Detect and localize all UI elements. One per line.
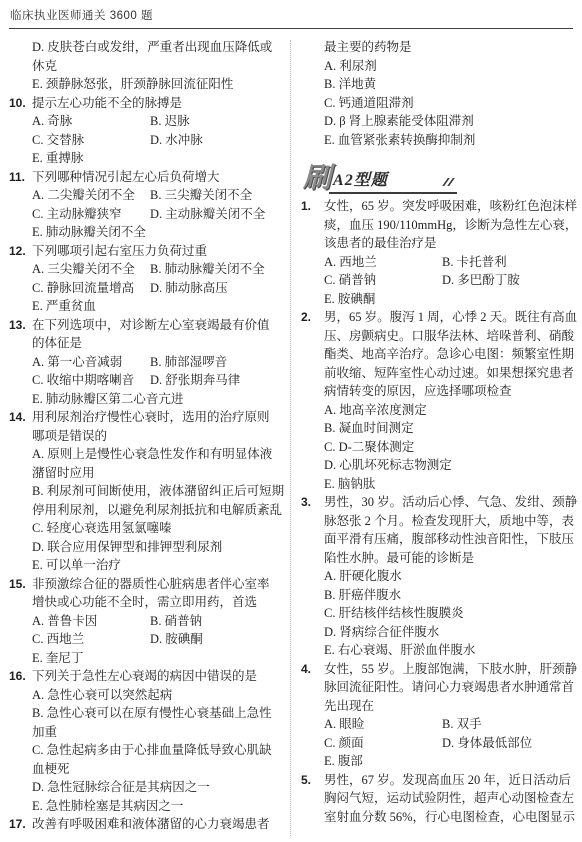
line-text: A. 地高辛浓度测定 — [324, 403, 427, 417]
text-line: D. 心肌坏死标志物测定 — [301, 456, 573, 475]
text-line: 加重 — [9, 723, 281, 742]
line-text: 胸闷气短，运动试验阴性，超声心动图检查左 — [324, 791, 574, 805]
text-line: E. 严重贫血 — [9, 297, 281, 316]
header-rule — [9, 28, 573, 29]
text-line: C. 肝结核伴结核性腹膜炎 — [301, 604, 573, 623]
question-number: 11. — [9, 168, 32, 187]
line-text: E. 胺碘酮 — [324, 292, 375, 306]
text-line: D. 皮肤苍白或发绀，严重者出现血压降低或 — [9, 38, 281, 57]
line-text: 下列关于急性左心衰竭的病因中错误的是 — [32, 669, 257, 683]
option-pair-line: A. 三尖瓣关闭不全B. 肺动脉瓣关闭不全 — [9, 260, 281, 279]
text-line: B. 急性心衰可以在原有慢性心衰基础上急性 — [9, 704, 281, 723]
line-text: E. 右心衰竭、肝淤血伴腹水 — [324, 643, 475, 657]
text-line: C. D-二聚体测定 — [301, 438, 573, 457]
text-line: C. 急性起病多由于心排血量降低导致心肌缺 — [9, 741, 281, 760]
option-pair-line: A. 第一心音减弱B. 肺部湿啰音 — [9, 353, 281, 372]
line-text: C. D-二聚体测定 — [324, 440, 414, 454]
line-text: E. 严重贫血 — [32, 299, 96, 313]
line-text: C. 轻度心衰选用氢氯噻嗪 — [32, 521, 172, 535]
line-text: 非预激综合征的器质性心脏病患者伴心室率 — [32, 577, 270, 591]
text-line: E. 急性肺栓塞是其病因之一 — [9, 797, 281, 816]
line-text: 停用利尿剂，以避免利尿剂抵抗和电解质紊乱 — [32, 503, 282, 517]
option-b: D. 水冲脉 — [150, 133, 203, 147]
option-b: B. 卡托普利 — [442, 255, 507, 269]
line-text: B. 洋地黄 — [324, 77, 376, 91]
question-number: 17. — [9, 815, 32, 834]
question-line: 5.男性，67 岁。发现高血压 20 年，近日活动后 — [301, 771, 573, 790]
text-line: E. 颈静脉怒张，肝颈静脉回流征阳性 — [9, 75, 281, 94]
text-line: 酯类、地高辛治疗。急诊心电图：频繁室性期 — [301, 345, 573, 364]
badge-tick-marks — [442, 173, 452, 191]
page-header-title: 临床执业医师通关 3600 题 — [10, 7, 153, 23]
text-line: E. 脑钠肽 — [301, 475, 573, 494]
text-line: B. 洋地黄 — [301, 75, 573, 94]
line-text: 女性，65 岁。突发呼吸困难，咳粉红色泡沫样 — [324, 199, 577, 213]
line-text: 男，65 岁。腹泻 1 周，心悸 2 天。既往有高血 — [324, 310, 577, 324]
option-pair-line: A. 眼睑B. 双手 — [301, 715, 573, 734]
text-line: E. 肺动脉瓣区第二心音亢进 — [9, 390, 281, 409]
line-text: D. 皮肤苍白或发绀，严重者出现血压降低或 — [32, 40, 272, 54]
option-pair-line: A. 奇脉B. 迟脉 — [9, 112, 281, 131]
text-line: 前收缩、短阵室性心动过速。如果想探究患者 — [301, 364, 573, 383]
text-line: A. 原则上是慢性心衰急性发作和有明显体液 — [9, 445, 281, 464]
text-line: D. 联合应用保钾型和排钾型利尿剂 — [9, 538, 281, 557]
text-line: 该患者的最佳治疗是 — [301, 234, 573, 253]
line-text: 病情转变的原因，应选择哪项检查 — [324, 384, 512, 398]
option-pair-line: C. 主动脉瓣狭窄D. 主动脉瓣关闭不全 — [9, 205, 281, 224]
line-text: 潴留时应用 — [32, 466, 95, 480]
question-number: 5. — [301, 771, 324, 790]
text-line: 痰，血压 190/110mmHg，诊断为急性左心衰， — [301, 216, 573, 235]
option-pair-line: A. 西地兰B. 卡托普利 — [301, 253, 573, 272]
line-text: A. 肝硬化腹水 — [324, 569, 402, 583]
line-text: E. 肺动脉瓣关闭不全 — [32, 225, 146, 239]
text-line: 脉回流征阳性。请问心力衰竭患者水肿通常首 — [301, 678, 573, 697]
text-line: 哪项是错误的 — [9, 427, 281, 446]
line-text: E. 奎尼丁 — [32, 651, 83, 665]
line-text: 改善有呼吸困难和液体潴留的心力衰竭患者 — [32, 817, 270, 831]
option-a: A. 普鲁卡因 — [32, 612, 150, 631]
option-a: C. 交替脉 — [32, 131, 150, 150]
exam-page: 临床执业医师通关 3600 题 刷 A2型题 D. 皮肤苍白或发绀，严重者出现血… — [0, 0, 582, 842]
line-text: 休克 — [32, 59, 57, 73]
text-line: 病情转变的原因，应选择哪项检查 — [301, 382, 573, 401]
line-text: 血梗死 — [32, 762, 70, 776]
text-line: 压、房颤病史。口服华法林、培哚普利、硝酸 — [301, 327, 573, 346]
question-number: 1. — [301, 197, 324, 216]
line-text: D. 心肌坏死标志物测定 — [324, 458, 452, 472]
question-line: 15.非预激综合征的器质性心脏病患者伴心室率 — [9, 575, 281, 594]
option-a: C. 颜面 — [324, 734, 442, 753]
text-line: E. 肺动脉瓣关闭不全 — [9, 223, 281, 242]
line-text: E. 血管紧张素转换酶抑制剂 — [324, 133, 475, 147]
question-number: 3. — [301, 493, 324, 512]
line-text: B. 肝癌伴腹水 — [324, 588, 401, 602]
line-text: 男性，30 岁。活动后心悸、气急、发绀、颈静 — [324, 495, 577, 509]
option-b: D. 主动脉瓣关闭不全 — [150, 207, 265, 221]
line-text: 下列哪种情况引起左心后负荷增大 — [32, 170, 220, 184]
option-a: C. 主动脉瓣狭窄 — [32, 205, 150, 224]
text-line: C. 钙通道阻滞剂 — [301, 94, 573, 113]
line-text: 用利尿剂治疗慢性心衰时，选用的治疗原则 — [32, 410, 270, 424]
text-line: 潴留时应用 — [9, 464, 281, 483]
line-text: 室射血分数 56%，行心电图检查，心电图显示 — [324, 810, 575, 824]
text-line: E. 可以单一治疗 — [9, 556, 281, 575]
section-badge-underline: A2型题 — [329, 167, 457, 194]
line-text: 最主要的药物是 — [324, 40, 412, 54]
option-a: C. 静脉回流量增高 — [32, 279, 150, 298]
text-line: E. 胺碘酮 — [301, 290, 573, 309]
text-line: 休克 — [9, 57, 281, 76]
line-text: 哪项是错误的 — [32, 429, 107, 443]
line-text: E. 急性肺栓塞是其病因之一 — [32, 799, 183, 813]
option-b: B. 硝普钠 — [150, 614, 202, 628]
option-b: D. 身体最低部位 — [442, 736, 532, 750]
text-line: C. 轻度心衰选用氢氯噻嗪 — [9, 519, 281, 538]
section-badge-label: A2型题 — [333, 172, 388, 189]
line-text: 面平滑有压痛，腹部移动性浊音阳性，下肢压 — [324, 532, 574, 546]
option-a: A. 眼睑 — [324, 715, 442, 734]
question-line: 17.改善有呼吸困难和液体潴留的心力衰竭患者 — [9, 815, 281, 834]
option-b: D. 多巴酚丁胺 — [442, 273, 520, 287]
line-text: D. 肾病综合征伴腹水 — [324, 625, 439, 639]
line-text: C. 急性起病多由于心排血量降低导致心肌缺 — [32, 743, 272, 757]
text-line: A. 利尿剂 — [301, 57, 573, 76]
text-line: 先出现在 — [301, 697, 573, 716]
line-text: B. 利尿剂可间断使用，液体潴留纠正后可短期 — [32, 484, 284, 498]
text-line: B. 利尿剂可间断使用，液体潴留纠正后可短期 — [9, 482, 281, 501]
text-line: 增快或心功能不全时，需立即用药，首选 — [9, 593, 281, 612]
option-b: B. 肺动脉瓣关闭不全 — [150, 262, 265, 276]
question-line: 2.男，65 岁。腹泻 1 周，心悸 2 天。既往有高血 — [301, 308, 573, 327]
question-line: 10.提示左心功能不全的脉搏是 — [9, 94, 281, 113]
text-line: B. 凝血时间测定 — [301, 419, 573, 438]
question-line: 16.下列关于急性左心衰竭的病因中错误的是 — [9, 667, 281, 686]
option-a: C. 西地兰 — [32, 630, 150, 649]
line-text: 女性，55 岁。上腹部饱满，下肢水肿，肝颈静 — [324, 662, 577, 676]
question-line: 11.下列哪种情况引起左心后负荷增大 — [9, 168, 281, 187]
text-line: 停用利尿剂，以避免利尿剂抵抗和电解质紊乱 — [9, 501, 281, 520]
line-text: C. 肝结核伴结核性腹膜炎 — [324, 606, 464, 620]
question-number: 13. — [9, 316, 32, 335]
text-line: D. 肾病综合征伴腹水 — [301, 623, 573, 642]
question-line: 1.女性，65 岁。突发呼吸困难，咳粉红色泡沫样 — [301, 197, 573, 216]
question-number: 10. — [9, 94, 32, 113]
left-column: D. 皮肤苍白或发绀，严重者出现血压降低或休克E. 颈静脉怒张，肝颈静脉回流征阳… — [9, 38, 281, 834]
line-text: 的体征是 — [32, 336, 82, 350]
question-line: 12.下列哪项引起右室压力负荷过重 — [9, 242, 281, 261]
option-b: D. 肺动脉高压 — [150, 281, 228, 295]
option-b: B. 迟脉 — [150, 114, 190, 128]
brush-logo-glyph: 刷 — [303, 164, 331, 194]
text-line: D. β 肾上腺素能受体阻滞剂 — [301, 112, 573, 131]
option-a: A. 第一心音减弱 — [32, 353, 150, 372]
line-text: 提示左心功能不全的脉搏是 — [32, 96, 182, 110]
option-b: D. 舒张期奔马律 — [150, 373, 240, 387]
line-text: 前收缩、短阵室性心动过速。如果想探究患者 — [324, 366, 574, 380]
option-b: B. 双手 — [442, 717, 482, 731]
text-line: E. 右心衰竭、肝淤血伴腹水 — [301, 641, 573, 660]
option-a: A. 三尖瓣关闭不全 — [32, 260, 150, 279]
text-line: E. 血管紧张素转换酶抑制剂 — [301, 131, 573, 150]
line-text: D. β 肾上腺素能受体阻滞剂 — [324, 114, 474, 128]
question-number: 14. — [9, 408, 32, 427]
text-line: A. 地高辛浓度测定 — [301, 401, 573, 420]
question-line: 14.用利尿剂治疗慢性心衰时，选用的治疗原则 — [9, 408, 281, 427]
text-line: E. 奎尼丁 — [9, 649, 281, 668]
line-text: A. 利尿剂 — [324, 59, 377, 73]
option-pair-line: A. 二尖瓣关闭不全B. 三尖瓣关闭不全 — [9, 186, 281, 205]
text-line: 血梗死 — [9, 760, 281, 779]
question-columns: D. 皮肤苍白或发绀，严重者出现血压降低或休克E. 颈静脉怒张，肝颈静脉回流征阳… — [9, 38, 573, 834]
section-header-a2: 刷 A2型题 — [303, 149, 573, 197]
text-line: 陷性水肿。最可能的诊断是 — [301, 549, 573, 568]
line-text: E. 脑钠肽 — [324, 477, 375, 491]
text-line: A. 急性心衰可以突然起病 — [9, 686, 281, 705]
text-line: E. 重搏脉 — [9, 149, 281, 168]
line-text: 痰，血压 190/110mmHg，诊断为急性左心衰， — [324, 218, 577, 232]
line-text: 男性，67 岁。发现高血压 20 年，近日活动后 — [324, 773, 571, 787]
line-text: 该患者的最佳治疗是 — [324, 236, 437, 250]
question-line: 3.男性，30 岁。活动后心悸、气急、发绀、颈静 — [301, 493, 573, 512]
line-text: 陷性水肿。最可能的诊断是 — [324, 551, 474, 565]
text-line: B. 肝癌伴腹水 — [301, 586, 573, 605]
line-text: 先出现在 — [324, 699, 374, 713]
line-text: E. 可以单一治疗 — [32, 558, 121, 572]
option-pair-line: C. 收缩中期喀喇音D. 舒张期奔马律 — [9, 371, 281, 390]
text-line: 室射血分数 56%，行心电图检查，心电图显示 — [301, 808, 573, 827]
line-text: 压、房颤病史。口服华法林、培哚普利、硝酸 — [324, 329, 574, 343]
option-a: A. 二尖瓣关闭不全 — [32, 186, 150, 205]
line-text: 脉怒张 2 个月。检查发现肝大，质地中等，表 — [324, 514, 574, 528]
line-text: 下列哪项引起右室压力负荷过重 — [32, 244, 207, 258]
text-line: E. 腹部 — [301, 752, 573, 771]
line-text: 在下列选项中，对诊断左心室衰竭最有价值 — [32, 318, 270, 332]
option-a: C. 收缩中期喀喇音 — [32, 371, 150, 390]
option-pair-line: A. 普鲁卡因B. 硝普钠 — [9, 612, 281, 631]
line-text: C. 钙通道阻滞剂 — [324, 96, 414, 110]
question-number: 16. — [9, 667, 32, 686]
right-column: 最主要的药物是A. 利尿剂B. 洋地黄C. 钙通道阻滞剂D. β 肾上腺素能受体… — [301, 38, 573, 834]
option-b: B. 肺部湿啰音 — [150, 355, 227, 369]
line-text: E. 腹部 — [324, 754, 363, 768]
line-text: E. 重搏脉 — [32, 151, 83, 165]
line-text: E. 肺动脉瓣区第二心音亢进 — [32, 392, 183, 406]
question-line: 13.在下列选项中，对诊断左心室衰竭最有价值 — [9, 316, 281, 335]
line-text: A. 急性心衰可以突然起病 — [32, 688, 172, 702]
text-line: A. 肝硬化腹水 — [301, 567, 573, 586]
line-text: 脉回流征阳性。请问心力衰竭患者水肿通常首 — [324, 680, 574, 694]
line-text: B. 急性心衰可以在原有慢性心衰基础上急性 — [32, 706, 272, 720]
question-line: 4.女性，55 岁。上腹部饱满，下肢水肿，肝颈静 — [301, 660, 573, 679]
line-text: B. 凝血时间测定 — [324, 421, 414, 435]
question-number: 15. — [9, 575, 32, 594]
question-number: 2. — [301, 308, 324, 327]
line-text: E. 颈静脉怒张，肝颈静脉回流征阳性 — [32, 77, 233, 91]
option-pair-line: C. 交替脉D. 水冲脉 — [9, 131, 281, 150]
option-a: A. 西地兰 — [324, 253, 442, 272]
option-pair-line: C. 静脉回流量增高D. 肺动脉高压 — [9, 279, 281, 298]
text-line: 脉怒张 2 个月。检查发现肝大，质地中等，表 — [301, 512, 573, 531]
line-text: 加重 — [32, 725, 57, 739]
option-b: D. 胺碘酮 — [150, 632, 203, 646]
text-line: 面平滑有压痛，腹部移动性浊音阳性，下肢压 — [301, 530, 573, 549]
text-line: D. 急性冠脉综合征是其病因之一 — [9, 778, 281, 797]
option-pair-line: C. 硝普钠D. 多巴酚丁胺 — [301, 271, 573, 290]
option-b: B. 三尖瓣关闭不全 — [150, 188, 252, 202]
line-text: A. 原则上是慢性心衰急性发作和有明显体液 — [32, 447, 272, 461]
line-text: 酯类、地高辛治疗。急诊心电图：频繁室性期 — [324, 347, 574, 361]
option-a: C. 硝普钠 — [324, 271, 442, 290]
option-pair-line: C. 西地兰D. 胺碘酮 — [9, 630, 281, 649]
option-a: A. 奇脉 — [32, 112, 150, 131]
option-pair-line: C. 颜面D. 身体最低部位 — [301, 734, 573, 753]
text-line: 最主要的药物是 — [301, 38, 573, 57]
line-text: D. 急性冠脉综合征是其病因之一 — [32, 780, 210, 794]
text-line: 胸闷气短，运动试验阴性，超声心动图检查左 — [301, 789, 573, 808]
line-text: D. 联合应用保钾型和排钾型利尿剂 — [32, 540, 222, 554]
line-text: 增快或心功能不全时，需立即用药，首选 — [32, 595, 257, 609]
question-number: 4. — [301, 660, 324, 679]
question-number: 12. — [9, 242, 32, 261]
text-line: 的体征是 — [9, 334, 281, 353]
